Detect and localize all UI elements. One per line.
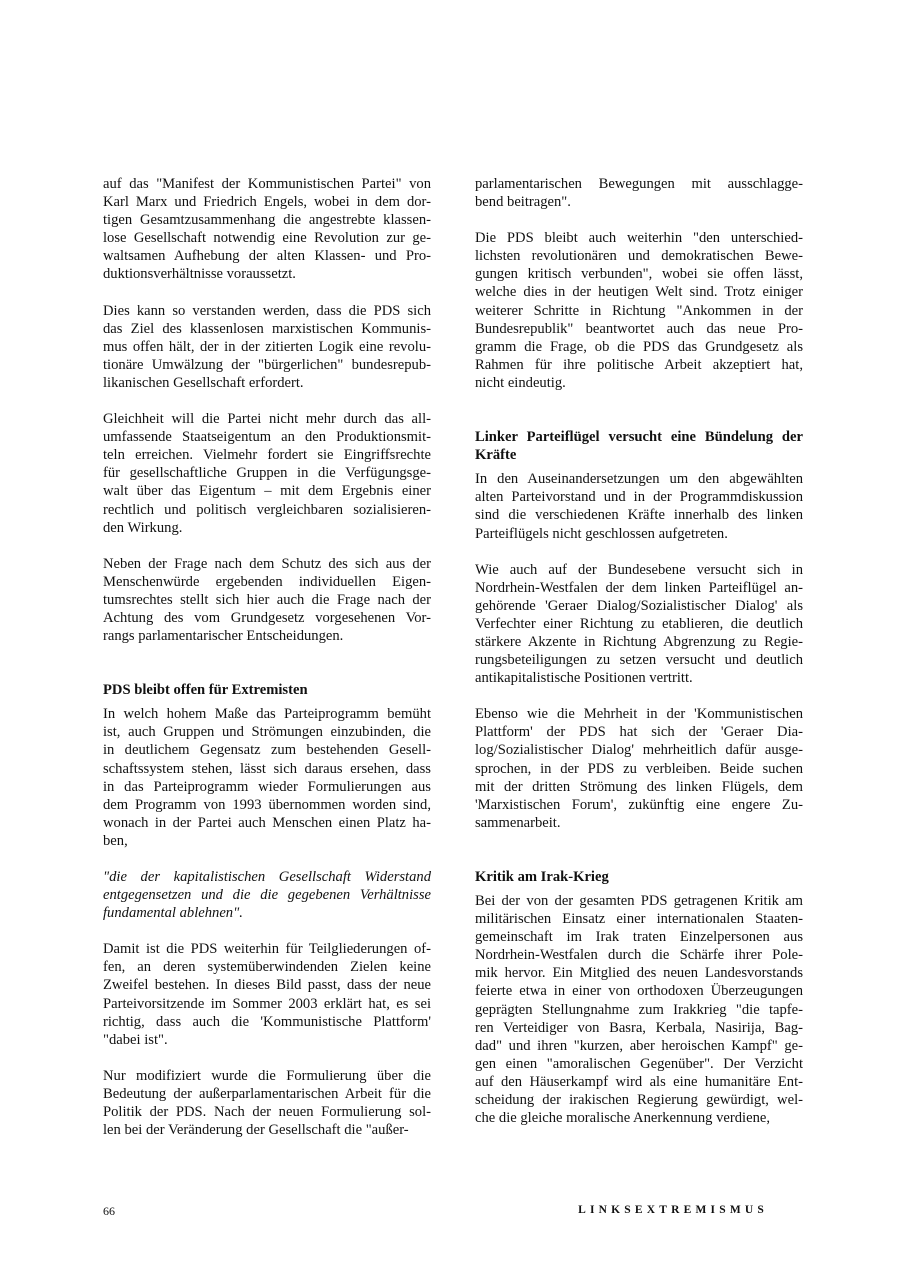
right-column: parlamentarischen Bewegungen mit ausschl… — [475, 175, 803, 1145]
text-line: tumsrechtes stellt sich hier auch die Fr… — [103, 591, 431, 609]
paragraph: parlamentarischen Bewegungen mit ausschl… — [475, 175, 803, 211]
text-line: geprägten Stellungnahme zum Irakkrieg "d… — [475, 1001, 803, 1019]
paragraph: In den Auseinandersetzungen um den abgew… — [475, 470, 803, 542]
text-line: Damit ist die PDS weiterhin für Teilglie… — [103, 940, 431, 958]
text-line: len bei der Veränderung der Gesellschaft… — [103, 1121, 431, 1139]
text-line: Karl Marx und Friedrich Engels, wobei in… — [103, 193, 431, 211]
text-line: gramm die Frage, ob die PDS das Grundges… — [475, 338, 803, 356]
paragraph: Neben der Frage nach dem Schutz des sich… — [103, 555, 431, 645]
text-line: mus offen hält, der in der zitierten Log… — [103, 338, 431, 356]
text-line: mik hervor. Ein Mitglied des neuen Lande… — [475, 964, 803, 982]
section-heading: Kritik am Irak-Krieg — [475, 868, 803, 886]
text-line: likanischen Gesellschaft erfordert. — [103, 374, 431, 392]
paragraph: Gleichheit will die Partei nicht mehr du… — [103, 410, 431, 537]
text-line: rechtlich und politisch vergleichbaren s… — [103, 501, 431, 519]
text-line: Dies kann so verstanden werden, dass die… — [103, 302, 431, 320]
text-line: Parteiflügels nicht geschlossen aufgetre… — [475, 525, 803, 543]
paragraph: In welch hohem Maße das Parteiprogramm b… — [103, 705, 431, 850]
text-line: scheidung der irakischen Regierung gewür… — [475, 1091, 803, 1109]
text-line: gehörende 'Geraer Dialog/Sozialistischer… — [475, 597, 803, 615]
text-line: wonach in der Partei auch Menschen einen… — [103, 814, 431, 832]
page-number: 66 — [103, 1204, 115, 1219]
text-line: gen einen "amoralischen Gegenüber". Der … — [475, 1055, 803, 1073]
text-line: dad" und ihren "kurzen, aber heroischen … — [475, 1037, 803, 1055]
text-line: in deutlichem Gegensatz zum bestehenden … — [103, 741, 431, 759]
text-line: sprochen, in der PDS zu verbleiben. Beid… — [475, 760, 803, 778]
text-line: ren Verteidiger von Basra, Kerbala, Nasi… — [475, 1019, 803, 1037]
text-line: che die gleiche moralische Anerkennung v… — [475, 1109, 803, 1127]
text-line: umfassende Staatseigentum an den Produkt… — [103, 428, 431, 446]
text-line: gungen kritisch verbunden", wobei sie of… — [475, 265, 803, 283]
text-line: Politik der PDS. Nach der neuen Formulie… — [103, 1103, 431, 1121]
text-line: Bei der von der gesamten PDS getragenen … — [475, 892, 803, 910]
paragraph: auf das "Manifest der Kommunistischen Pa… — [103, 175, 431, 284]
text-line: alten Parteivorstand und in der Programm… — [475, 488, 803, 506]
text-line: lose Gesellschaft notwendig eine Revolut… — [103, 229, 431, 247]
text-line: waltsamen Aufhebung der alten Klassen- u… — [103, 247, 431, 265]
text-line: "die der kapitalistischen Gesellschaft W… — [103, 868, 431, 886]
text-line: Zweifel bestehen. In dieses Bild passt, … — [103, 976, 431, 994]
text-line: In welch hohem Maße das Parteiprogramm b… — [103, 705, 431, 723]
paragraph: Wie auch auf der Bundesebene versucht si… — [475, 561, 803, 688]
text-line: fen, an deren systemüberwindenden Zielen… — [103, 958, 431, 976]
text-line: entgegensetzen und die die gegebenen Ver… — [103, 886, 431, 904]
text-line: Plattform' der PDS hat sich der 'Geraer … — [475, 723, 803, 741]
text-line: das Ziel des klassenlosen marxistischen … — [103, 320, 431, 338]
text-line: log/Sozialistischer Dialog' mehrheitlich… — [475, 741, 803, 759]
text-line: dem Programm von 1993 übernommen worden … — [103, 796, 431, 814]
text-line: walt über das Eigentum – mit dem Ergebni… — [103, 482, 431, 500]
section-heading: Linker Parteiflügel versucht eine Bündel… — [475, 428, 803, 464]
text-line: Bedeutung der außerparlamentarischen Arb… — [103, 1085, 431, 1103]
text-line: Nordrhein-Westfalen der dem linken Parte… — [475, 579, 803, 597]
paragraph: Nur modifiziert wurde die Formulierung ü… — [103, 1067, 431, 1139]
text-line: tigen Gesamtzusammenhang die angestrebte… — [103, 211, 431, 229]
text-line: antikapitalistische Positionen vertritt. — [475, 669, 803, 687]
text-line: weiterer Schritte in Richtung "Ankommen … — [475, 302, 803, 320]
text-line: "dabei ist". — [103, 1031, 431, 1049]
paragraph: Damit ist die PDS weiterhin für Teilglie… — [103, 940, 431, 1049]
text-line: den Wirkung. — [103, 519, 431, 537]
running-title: LINKSEXTREMISMUS — [578, 1204, 768, 1216]
text-line: sind die verschiedenen Kräfte innerhalb … — [475, 506, 803, 524]
text-line: Parteivorsitzende im Sommer 2003 erklärt… — [103, 995, 431, 1013]
text-line: parlamentarischen Bewegungen mit ausschl… — [475, 175, 803, 193]
paragraph: Bei der von der gesamten PDS getragenen … — [475, 892, 803, 1127]
text-line: welche dies in der heutigen Welt sind. T… — [475, 283, 803, 301]
text-line: Kräfte — [475, 446, 803, 464]
text-line: lichsten revolutionären und demokratisch… — [475, 247, 803, 265]
text-line: bend beitragen". — [475, 193, 803, 211]
text-line: gemeinschaft im Irak traten Einzelperson… — [475, 928, 803, 946]
text-line: 'Marxistischen Forum', zukünftig eine en… — [475, 796, 803, 814]
text-line: ben, — [103, 832, 431, 850]
text-line: für gesellschaftliche Gruppen in die Ver… — [103, 464, 431, 482]
text-line: auf den Häuserkampf wird als eine humani… — [475, 1073, 803, 1091]
text-line: fundamental ablehnen". — [103, 904, 431, 922]
block-quote: "die der kapitalistischen Gesellschaft W… — [103, 868, 431, 922]
paragraph: Dies kann so verstanden werden, dass die… — [103, 302, 431, 392]
paragraph: Ebenso wie die Mehrheit in der 'Kommunis… — [475, 705, 803, 832]
text-line: Wie auch auf der Bundesebene versucht si… — [475, 561, 803, 579]
text-line: tionäre Umwälzung der "bürgerlichen" bun… — [103, 356, 431, 374]
text-line: auf das "Manifest der Kommunistischen Pa… — [103, 175, 431, 193]
text-line: duktionsverhältnisse voraussetzt. — [103, 265, 431, 283]
section-heading: PDS bleibt offen für Extremisten — [103, 681, 431, 699]
text-line: stärkere Akzente in Richtung Abgrenzung … — [475, 633, 803, 651]
text-line: Gleichheit will die Partei nicht mehr du… — [103, 410, 431, 428]
text-line: Rahmen für ihre politische Arbeit akzept… — [475, 356, 803, 374]
text-line: Bundesrepublik" beantwortet auch das neu… — [475, 320, 803, 338]
text-line: In den Auseinandersetzungen um den abgew… — [475, 470, 803, 488]
text-line: Linker Parteiflügel versucht eine Bündel… — [475, 428, 803, 446]
left-column: auf das "Manifest der Kommunistischen Pa… — [103, 175, 431, 1157]
text-line: rungsbeteiligungen zu setzen versucht un… — [475, 651, 803, 669]
text-line: Verfechter einer Richtung zu etablieren,… — [475, 615, 803, 633]
text-line: Achtung des vom Grundgesetz vorgesehenen… — [103, 609, 431, 627]
text-line: feierte etwa in einer von orthodoxen Übe… — [475, 982, 803, 1000]
paragraph: Die PDS bleibt auch weiterhin "den unter… — [475, 229, 803, 392]
text-line: sammenarbeit. — [475, 814, 803, 832]
text-line: schaftssystem stehen, lässt sich daraus … — [103, 760, 431, 778]
text-line: teln erreichen. Vielmehr fordert sie Ein… — [103, 446, 431, 464]
text-line: Die PDS bleibt auch weiterhin "den unter… — [475, 229, 803, 247]
text-line: Ebenso wie die Mehrheit in der 'Kommunis… — [475, 705, 803, 723]
text-line: militärischen Einsatz einer internationa… — [475, 910, 803, 928]
text-line: Nur modifiziert wurde die Formulierung ü… — [103, 1067, 431, 1085]
text-line: Menschenwürde ergebenden individuellen E… — [103, 573, 431, 591]
text-line: richtig, dass auch die 'Kommunistische P… — [103, 1013, 431, 1031]
text-line: Neben der Frage nach dem Schutz des sich… — [103, 555, 431, 573]
text-line: in das Parteiprogramm wieder Formulierun… — [103, 778, 431, 796]
text-line: nicht eindeutig. — [475, 374, 803, 392]
text-line: rangs parlamentarischer Entscheidungen. — [103, 627, 431, 645]
text-line: mit der dritten Strömung des linken Flüg… — [475, 778, 803, 796]
text-line: Nordrhein-Westfalen durch die Schärfe ih… — [475, 946, 803, 964]
text-line: ist, auch Gruppen und Strömungen einzubi… — [103, 723, 431, 741]
